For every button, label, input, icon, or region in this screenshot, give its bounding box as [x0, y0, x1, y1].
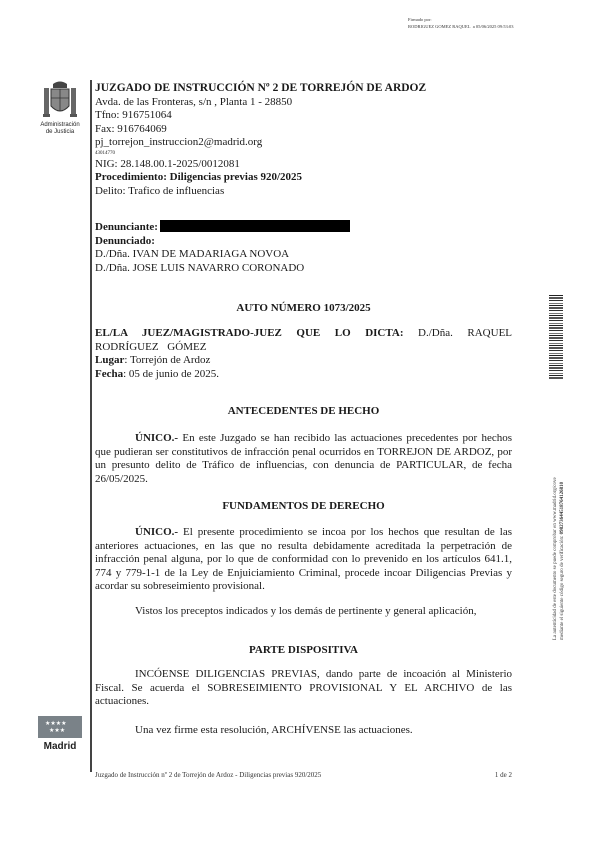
denunciado-label: Denunciado: [95, 235, 350, 249]
administracion-justicia-logo: Administración de Justicia [36, 80, 84, 136]
signature-label: Firmado por: [408, 16, 514, 23]
court-name: JUZGADO DE INSTRUCCIÓN Nº 2 DE TORREJÓN … [95, 82, 426, 96]
vistos-paragraph: Vistos los preceptos indicados y los dem… [95, 605, 512, 619]
denunciado-1: D./Dña. IVAN DE MADARIAGA NOVOA [95, 248, 350, 262]
page-footer: Juzgado de Instrucción nº 2 de Torrejón … [95, 771, 512, 779]
signature-block: Firmado por: RODRIGUEZ GOMEZ RAQUEL a 05… [408, 16, 514, 30]
antecedentes-heading: ANTECEDENTES DE HECHO [95, 405, 512, 419]
logo-label-line2: de Justicia [36, 129, 84, 136]
antecedentes-paragraph: ÚNICO.- En este Juzgado se han recibido … [95, 432, 512, 486]
denunciante-label: Denunciante: [95, 221, 158, 233]
dispositiva-heading: PARTE DISPOSITIVA [95, 644, 512, 658]
court-email: pj_torrejon_instruccion2@madrid.org [95, 136, 426, 150]
juez-row: EL/LA JUEZ/MAGISTRADO-JUEZ QUE LO DICTA:… [95, 327, 512, 354]
court-fax: Fax: 916764069 [95, 123, 426, 137]
fecha-row: Fecha: 05 de junio de 2025. [95, 368, 512, 382]
verification-barcode [549, 295, 563, 380]
page-number: 1 de 2 [495, 771, 512, 779]
denunciado-2: D./Dña. JOSE LUIS NAVARRO CORONADO [95, 262, 350, 276]
auto-title: AUTO NÚMERO 1073/2025 [95, 302, 512, 316]
margin-rule [90, 80, 92, 772]
delito: Delito: Trafico de influencias [95, 185, 426, 199]
parties: Denunciante: Denunciado: D./Dña. IVAN DE… [95, 220, 350, 275]
logo-label-line1: Administración [36, 122, 84, 129]
court-phone: Tfno: 916751064 [95, 109, 426, 123]
court-header: JUZGADO DE INSTRUCCIÓN Nº 2 DE TORREJÓN … [95, 82, 426, 198]
fundamentos-paragraph: ÚNICO.- El presente procedimiento se inc… [95, 526, 512, 594]
verification-text: La autenticidad de este documento se pue… [553, 380, 566, 640]
madrid-label: Madrid [37, 741, 83, 752]
auto-details: EL/LA JUEZ/MAGISTRADO-JUEZ QUE LO DICTA:… [95, 327, 512, 381]
footer-text: Juzgado de Instrucción nº 2 de Torrejón … [95, 771, 321, 779]
coat-of-arms-icon [43, 80, 77, 120]
procedimiento: Procedimiento: Diligencias previas 920/2… [95, 171, 426, 185]
lugar-row: Lugar: Torrejón de Ardoz [95, 354, 512, 368]
madrid-flag-icon: ★★★★ ★★★ [38, 716, 82, 738]
court-code: 43014770 [95, 150, 426, 158]
verification-code: 0982736445187641​2681​0 [560, 482, 565, 535]
court-address: Avda. de las Fronteras, s/n , Planta 1 -… [95, 96, 426, 110]
comunidad-madrid-logo: ★★★★ ★★★ Madrid [37, 716, 83, 752]
fundamentos-heading: FUNDAMENTOS DE DERECHO [95, 500, 512, 514]
archivese-paragraph: Una vez firme esta resolución, ARCHÍVENS… [95, 724, 512, 738]
dispositiva-paragraph: INCÓENSE DILIGENCIAS PREVIAS, dando part… [95, 668, 512, 709]
signature-signer: RODRIGUEZ GOMEZ RAQUEL a 05/06/2025 09:5… [408, 23, 514, 30]
redaction-bar [160, 220, 350, 232]
denunciante-row: Denunciante: [95, 220, 350, 235]
nig: NIG: 28.148.00.1-2025/0012081 [95, 158, 426, 172]
